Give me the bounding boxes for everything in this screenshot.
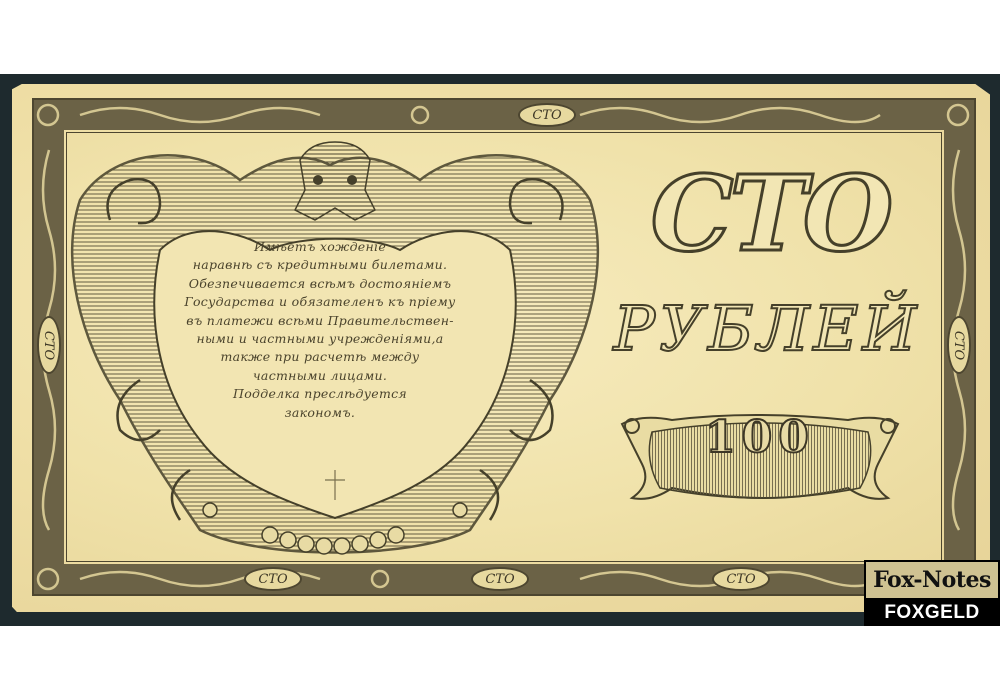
border-mark-right: СТО	[947, 316, 971, 374]
border-band-top	[34, 100, 974, 130]
eagle-emblem	[295, 142, 375, 220]
watermark-line1: Fox-Notes	[864, 560, 1000, 600]
border-mark-bottom-left: СТО	[244, 567, 302, 591]
value-numeral: 100	[680, 416, 840, 460]
denomination-word: СТО	[640, 162, 900, 266]
watermark-logo: Fox-Notes FOXGELD	[864, 560, 1000, 626]
text-line: частными лицами.	[150, 367, 490, 385]
legal-text-block: Имѣетъ хожденіе наравнѣ съ кредитными би…	[150, 238, 490, 422]
border-mark-bottom-center: СТО	[471, 567, 529, 591]
border-mark-bottom-right: СТО	[712, 567, 770, 591]
text-line: также при расчетѣ между	[150, 348, 490, 366]
text-line: Обезпечивается всѣмъ достояніемъ	[150, 275, 490, 293]
text-line: Государства и обязателенъ къ пріему	[150, 293, 490, 311]
border-mark-top: СТО	[518, 103, 576, 127]
text-line: наравнѣ съ кредитными билетами.	[150, 256, 490, 274]
text-line: Имѣетъ хожденіе	[150, 238, 490, 256]
text-line: закономъ.	[150, 404, 490, 422]
text-line: ными и частными учрежденіями,а	[150, 330, 490, 348]
watermark-line2: FOXGELD	[864, 600, 1000, 626]
border-mark-left: СТО	[37, 316, 61, 374]
text-line: въ платежи всѣми Правительствен-	[150, 312, 490, 330]
currency-word: РУБЛЕЙ	[592, 298, 942, 360]
text-line: Подделка преслѣдуется	[150, 385, 490, 403]
